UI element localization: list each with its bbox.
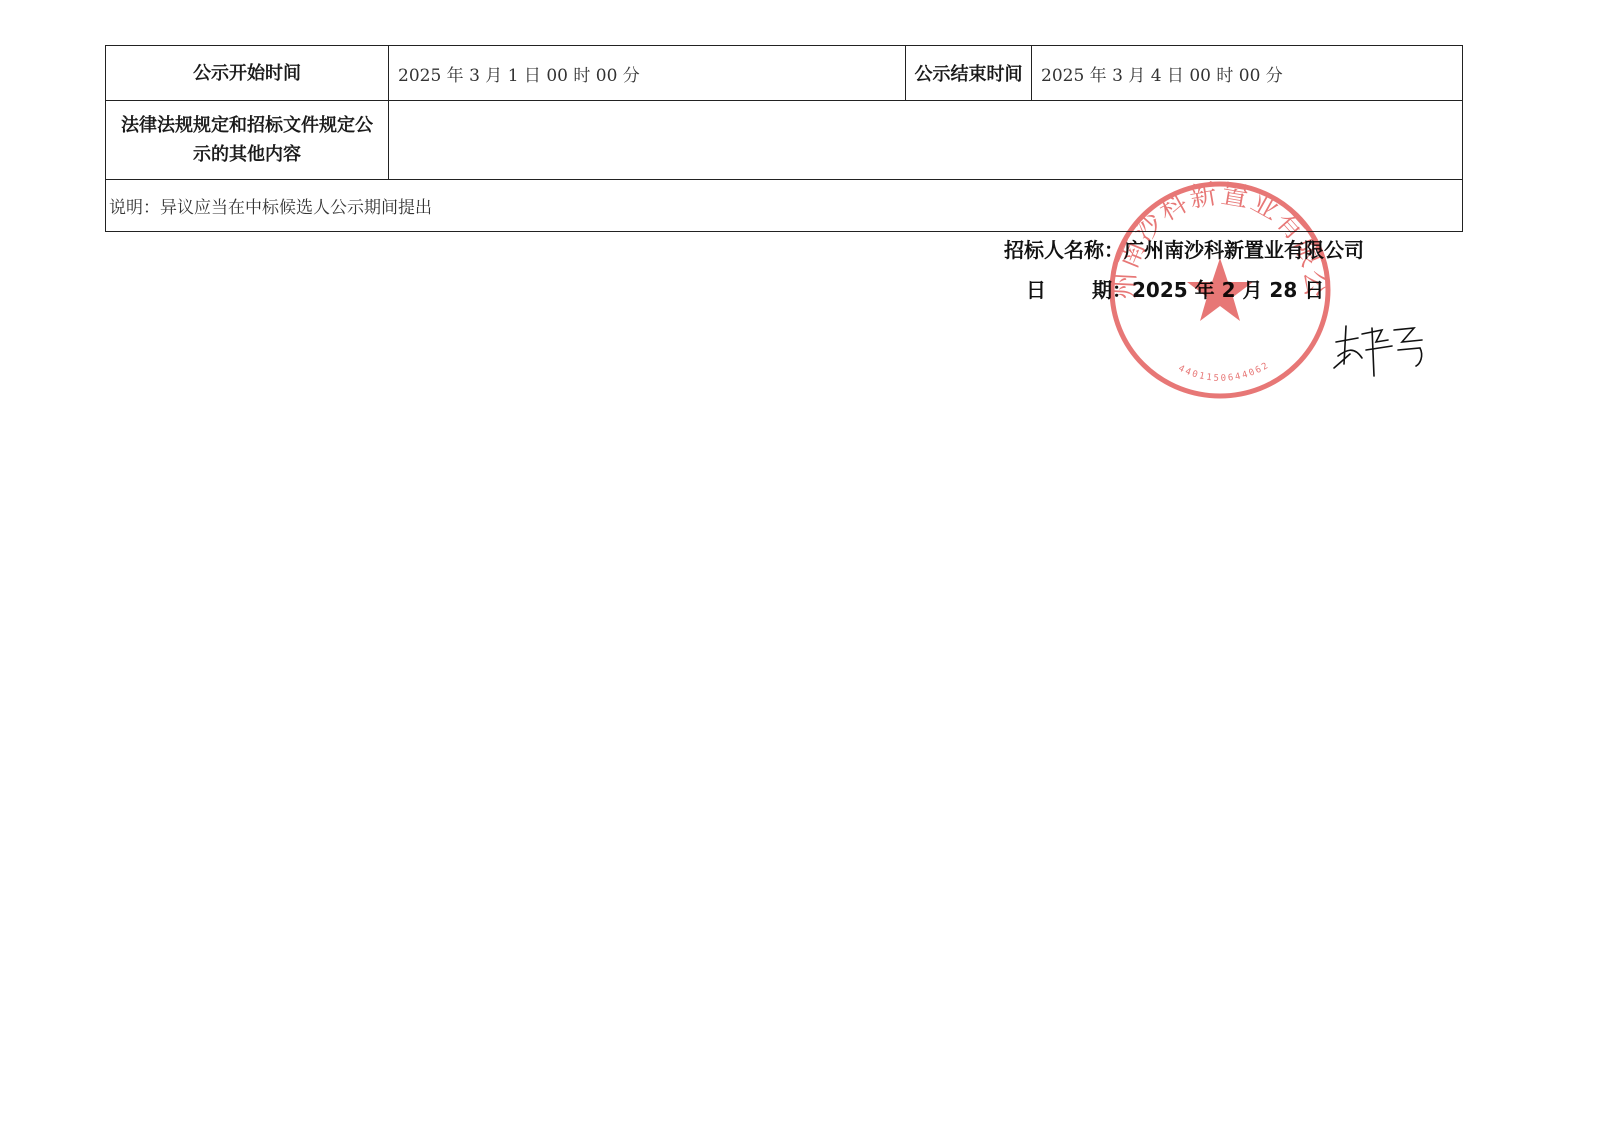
other-content-value xyxy=(389,101,1462,179)
table-row-other-content: 法律法规规定和招标文件规定公 示的其他内容 xyxy=(106,101,1462,180)
other-content-label-line2: 示的其他内容 xyxy=(193,140,301,169)
other-content-label: 法律法规规定和招标文件规定公 示的其他内容 xyxy=(106,101,389,179)
end-time-value: 2025 年 3 月 4 日 00 时 00 分 xyxy=(1032,46,1462,100)
handwritten-signature-icon xyxy=(1332,316,1432,380)
svg-text:4401150644062: 4401150644062 xyxy=(1177,360,1272,384)
company-seal-icon: 广州南沙科新置业有限公司 4401150644062 xyxy=(1106,178,1334,402)
other-content-label-line1: 法律法规规定和招标文件规定公 xyxy=(121,111,373,140)
date-label-1: 日 xyxy=(1004,273,1092,307)
start-time-value: 2025 年 3 月 1 日 00 时 00 分 xyxy=(389,46,906,100)
end-time-label: 公示结束时间 xyxy=(906,46,1032,100)
start-time-label: 公示开始时间 xyxy=(106,46,389,100)
table-row-period: 公示开始时间 2025 年 3 月 1 日 00 时 00 分 公示结束时间 2… xyxy=(106,46,1462,101)
